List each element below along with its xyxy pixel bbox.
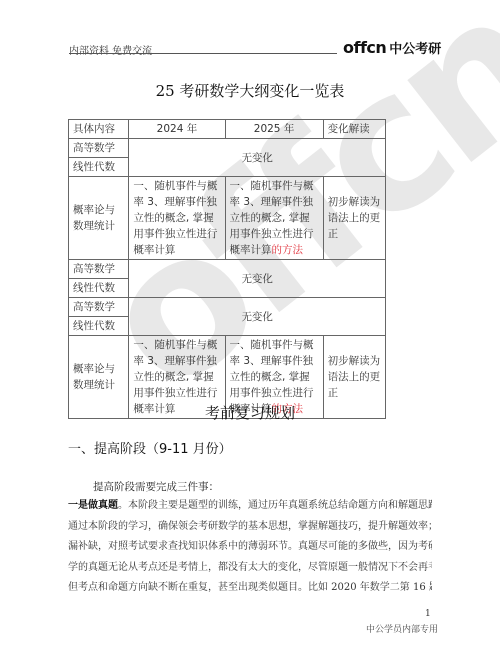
content-2024-cell: 一、随机事件与概率 3、理解事件独立性的概念, 掌握用事件独立性进行概率计算: [129, 177, 225, 260]
col-header-2024: 2024 年: [129, 120, 225, 139]
no-change-cell: 无变化: [129, 139, 386, 177]
logo-wordmark: offcn: [343, 38, 386, 57]
table-row: 高等数学 无变化: [69, 139, 386, 158]
logo-chinese: 中公考研: [389, 38, 441, 57]
paragraph-line: 漏补缺，对照考试要求查找知识体系中的薄弱环节。真题尽可能的多做些，因为考研数: [68, 537, 432, 558]
subject-cell: 线性代数: [69, 317, 129, 336]
footer-text: 中公学员内部专用: [366, 622, 438, 635]
header-rule: [69, 53, 337, 54]
body-paragraph: 一是做真题。本阶段主要是题型的训练，通过历年真题系统总结命题方向和解题思路。 通…: [68, 496, 432, 599]
table-row: 概率论与数理统计 一、随机事件与概率 3、理解事件独立性的概念, 掌握用事件独立…: [69, 177, 386, 260]
subject-cell: 高等数学: [69, 260, 129, 279]
paragraph-line: 一是做真题。本阶段主要是题型的训练，通过历年真题系统总结命题方向和解题思路。: [68, 496, 432, 517]
subject-cell: 线性代数: [69, 279, 129, 298]
table-row: 高等数学 无变化: [69, 260, 386, 279]
subject-cell: 概率论与数理统计: [69, 177, 129, 260]
document-page: offcn 内部资料 免费交流 offcn 中公考研 25 考研数学大纲变化一览…: [0, 0, 500, 652]
page-number: 1: [425, 609, 431, 619]
syllabus-change-table: 具体内容 2024 年 2025 年 变化解读 高等数学 无变化 线性代数 概率…: [68, 119, 386, 419]
interpretation-cell: 初步解读为语法上的更正: [323, 177, 385, 260]
table-header-row: 具体内容 2024 年 2025 年 变化解读: [69, 120, 386, 139]
paragraph-line: 学的真题无论从考点还是考情上，都没有太大的变化，尽管原题一般情况下不会再考，: [68, 558, 432, 579]
section-title: 考前复习规划: [0, 402, 500, 423]
subject-cell: 线性代数: [69, 158, 129, 177]
content-2025-cell: 一、随机事件与概率 3、理解事件独立性的概念, 掌握用事件独立性进行概率计算的方…: [225, 177, 323, 260]
col-header-interpretation: 变化解读: [323, 120, 385, 139]
stage-intro: 提高阶段需要完成三件事：: [93, 479, 219, 494]
table-row: 高等数学 无变化: [69, 298, 386, 317]
header-left-text: 内部资料 免费交流: [69, 42, 152, 57]
col-header-content: 具体内容: [69, 120, 129, 139]
no-change-cell: 无变化: [129, 260, 386, 298]
subject-cell: 高等数学: [69, 139, 129, 158]
paragraph-line: 通过本阶段的学习，确保领会考研数学的基本思想，掌握解题技巧，提升解题效率；查: [68, 517, 432, 538]
col-header-2025: 2025 年: [225, 120, 323, 139]
offcn-logo: offcn 中公考研: [343, 38, 441, 57]
no-change-cell: 无变化: [129, 298, 386, 336]
stage-heading: 一、提高阶段（9-11 月份）: [68, 438, 232, 457]
paragraph-text: 。本阶段主要是题型的训练，通过历年真题系统总结命题方向和解题思路。: [118, 500, 432, 511]
paragraph-line: 但考点和命题方向缺不断在重复，甚至出现类似题目。比如 2020 年数学二第 16…: [68, 578, 432, 599]
page-title: 25 考研数学大纲变化一览表: [0, 80, 500, 101]
added-text: 的方法: [272, 244, 304, 256]
bold-lead: 一是做真题: [68, 500, 118, 511]
subject-cell: 高等数学: [69, 298, 129, 317]
